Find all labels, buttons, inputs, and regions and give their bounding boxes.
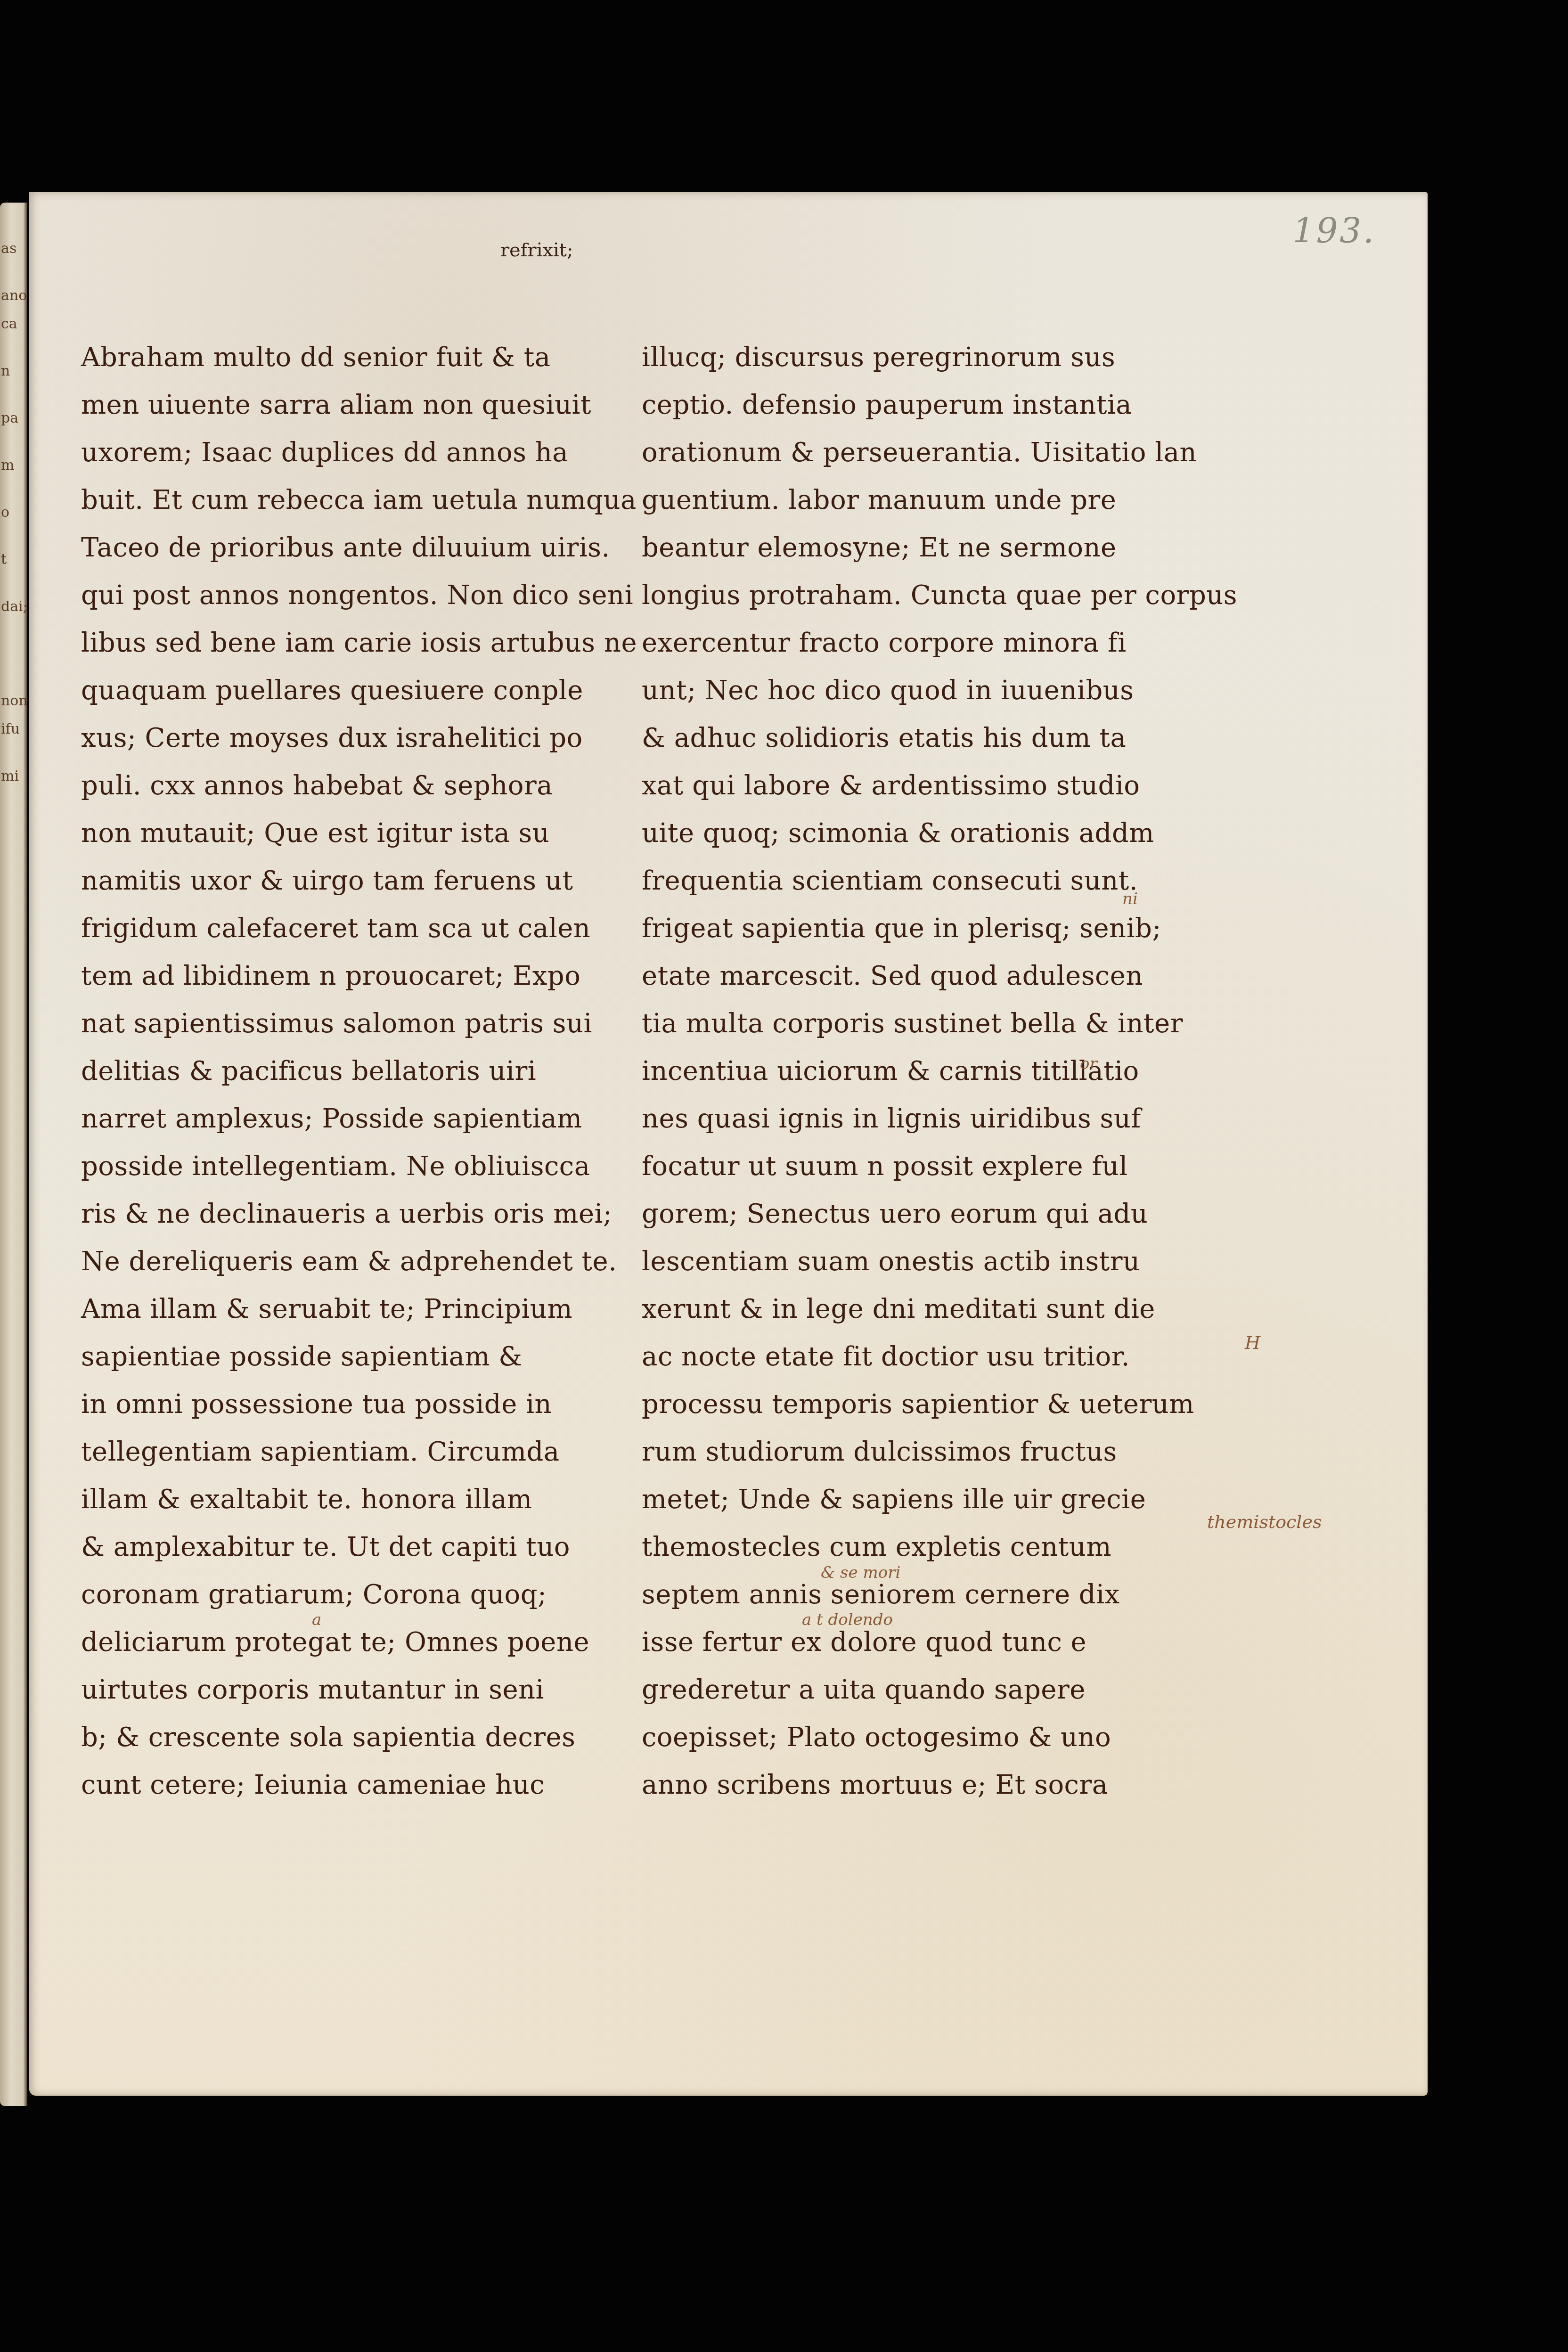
text-line: themostecles cum expletis centum xyxy=(642,1523,1264,1571)
text-line: Taceo de prioribus ante diluuium uiris. xyxy=(81,524,628,572)
text-line: septem annis seniorem cernere dix xyxy=(642,1571,1264,1618)
margin-note: H xyxy=(1245,1332,1260,1353)
text-line: xat qui labore & ardentissimo studio xyxy=(642,762,1264,809)
text-line: posside intellegentiam. Ne obliuiscca xyxy=(81,1143,628,1190)
text-line: ceptio. defensio pauperum instantia xyxy=(642,381,1264,429)
prev-page-fragment: o xyxy=(1,504,9,521)
text-line: namitis uxor & uirgo tam feruens ut xyxy=(81,857,628,905)
text-line: coronam gratiarum; Corona quoq; xyxy=(81,1571,628,1618)
text-line: delitias & pacificus bellatoris uiri xyxy=(81,1047,628,1095)
top-margin-correction: refrixit; xyxy=(500,239,573,261)
text-line: lescentiam suam onestis actib instru xyxy=(642,1238,1264,1285)
text-line: metet; Unde & sapiens ille uir grecie xyxy=(642,1476,1264,1523)
text-line: beantur elemosyne; Et ne sermone xyxy=(642,524,1264,572)
text-line: ac nocte etate fit doctior usu tritior. xyxy=(642,1333,1264,1380)
text-line: puli. cxx annos habebat & sephora xyxy=(81,762,628,809)
text-line: qui post annos nongentos. Non dico seni xyxy=(81,572,628,619)
text-line: anno scribens mortuus e; Et socra xyxy=(642,1761,1264,1809)
text-line: tia multa corporis sustinet bella & inte… xyxy=(642,1000,1264,1047)
text-line: sapientiae posside sapientiam & xyxy=(81,1333,628,1380)
text-line: & adhuc solidioris etatis his dum ta xyxy=(642,714,1264,762)
prev-page-fragment: n xyxy=(1,363,10,379)
prev-page-fragment: t xyxy=(1,551,7,568)
prev-page-fragment: nonia xyxy=(1,693,27,709)
interlinear-gloss: ni xyxy=(1122,890,1138,908)
text-line: uirtutes corporis mutantur in seni xyxy=(81,1666,628,1714)
text-line: uxorem; Isaac duplices dd annos ha xyxy=(81,429,628,476)
text-line: men uiuente sarra aliam non quesiuit xyxy=(81,381,628,429)
previous-page-edge: as ano ca n pa m o t dai; nonia ifu mi xyxy=(0,203,27,2106)
prev-page-fragment: ano xyxy=(1,287,27,304)
text-line: exercentur fracto corpore minora fi xyxy=(642,619,1264,667)
text-line: in omni possessione tua posside in xyxy=(81,1380,628,1428)
manuscript-page: 193. refrixit; Abraham multo dd senior f… xyxy=(29,192,1428,2096)
text-line: narret amplexus; Posside sapientiam xyxy=(81,1095,628,1143)
text-line: libus sed bene iam carie iosis artubus n… xyxy=(81,619,628,667)
text-line: etate marcescit. Sed quod adulescen xyxy=(642,952,1264,1000)
text-line: non mutauit; Que est igitur ista su xyxy=(81,809,628,857)
text-line: illucq; discursus peregrinorum sus xyxy=(642,334,1264,381)
text-line: Ne dereliqueris eam & adprehendet te. xyxy=(81,1238,628,1285)
text-line: illam & exaltabit te. honora illam xyxy=(81,1476,628,1523)
prev-page-fragment: ifu xyxy=(1,721,20,737)
text-line: xerunt & in lege dni meditati sunt die xyxy=(642,1285,1264,1333)
text-line: frequentia scientiam consecuti sunt. xyxy=(642,857,1264,905)
text-line: uite quoq; scimonia & orationis addm xyxy=(642,809,1264,857)
text-line: deliciarum protegat te; Omnes poene xyxy=(81,1618,628,1666)
prev-page-fragment: ca xyxy=(1,316,17,332)
text-line: grederetur a uita quando sapere xyxy=(642,1666,1264,1714)
text-line: focatur ut suum n possit explere ful xyxy=(642,1143,1264,1190)
prev-page-fragment: mi xyxy=(1,768,19,784)
text-line: quaquam puellares quesiuere conple xyxy=(81,667,628,714)
text-line: nes quasi ignis in lignis uiridibus suf xyxy=(642,1095,1264,1143)
text-line: cunt cetere; Ieiunia cameniae huc xyxy=(81,1761,628,1809)
text-line: xus; Certe moyses dux israhelitici po xyxy=(81,714,628,762)
text-line: & amplexabitur te. Ut det capiti tuo xyxy=(81,1523,628,1571)
text-line: Ama illam & seruabit te; Principium xyxy=(81,1285,628,1333)
text-line: tem ad libidinem n prouocaret; Expo xyxy=(81,952,628,1000)
text-line: isse fertur ex dolore quod tunc e xyxy=(642,1618,1264,1666)
text-line: rum studiorum dulcissimos fructus xyxy=(642,1428,1264,1476)
text-line: ris & ne declinaueris a uerbis oris mei; xyxy=(81,1190,628,1238)
text-line: longius protraham. Cuncta quae per corpu… xyxy=(642,572,1264,619)
text-line: nat sapientissimus salomon patris sui xyxy=(81,1000,628,1047)
text-line: buit. Et cum rebecca iam uetula numqua xyxy=(81,476,628,524)
right-text-column: illucq; discursus peregrinorum sus cepti… xyxy=(642,334,1264,1809)
prev-page-fragment: as xyxy=(1,240,16,257)
text-line: unt; Nec hoc dico quod in iuuenibus xyxy=(642,667,1264,714)
text-line: processu temporis sapientior & ueterum xyxy=(642,1380,1264,1428)
prev-page-fragment: m xyxy=(1,457,14,474)
text-line: guentium. labor manuum unde pre xyxy=(642,476,1264,524)
prev-page-fragment: pa xyxy=(1,410,18,426)
interlinear-gloss: & se mori xyxy=(821,1563,900,1582)
text-line: coepisset; Plato octogesimo & uno xyxy=(642,1714,1264,1761)
folio-number: 193. xyxy=(1293,211,1376,251)
interlinear-gloss: or xyxy=(1080,1054,1097,1073)
interlinear-gloss: a xyxy=(312,1610,321,1629)
text-line: gorem; Senectus uero eorum qui adu xyxy=(642,1190,1264,1238)
text-line: b; & crescente sola sapientia decres xyxy=(81,1714,628,1761)
interlinear-gloss: a t dolendo xyxy=(802,1610,893,1629)
text-line: frigeat sapientia que in plerisq; senib; xyxy=(642,905,1264,952)
text-line: frigidum calefaceret tam sca ut calen xyxy=(81,905,628,952)
text-line: Abraham multo dd senior fuit & ta xyxy=(81,334,628,381)
text-line: incentiua uiciorum & carnis titillatio xyxy=(642,1047,1264,1095)
text-line: tellegentiam sapientiam. Circumda xyxy=(81,1428,628,1476)
left-text-column: Abraham multo dd senior fuit & ta men ui… xyxy=(81,334,628,1809)
prev-page-fragment: dai; xyxy=(1,598,27,615)
text-line: orationum & perseuerantia. Uisitatio lan xyxy=(642,429,1264,476)
margin-note: themistocles xyxy=(1207,1511,1322,1532)
